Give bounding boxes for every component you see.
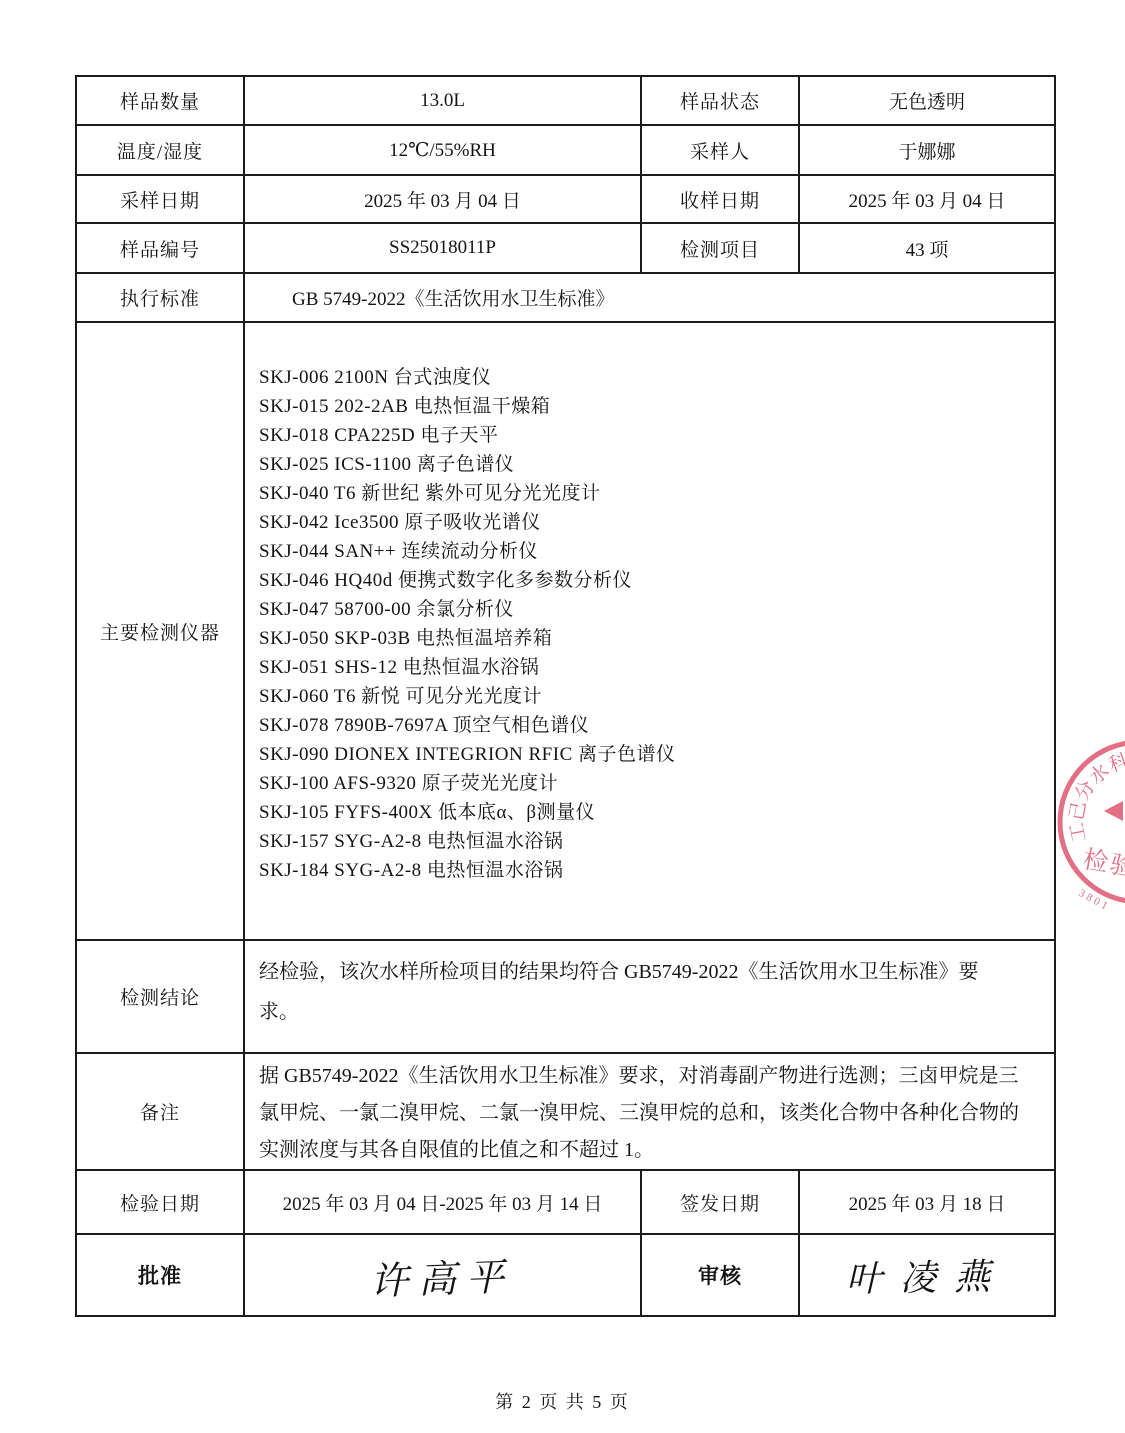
instrument-line: SKJ-157 SYG-A2-8 电热恒温水浴锅 [259,827,1044,856]
value-sampling-date: 2025 年 03 月 04 日 [244,175,641,223]
label-sample-state: 样品状态 [641,76,799,125]
instrument-line: SKJ-078 7890B-7697A 顶空气相色谱仪 [259,711,1044,740]
label-sampler: 采样人 [641,125,799,175]
instrument-line: SKJ-006 2100N 台式浊度仪 [259,363,1044,392]
value-issue-date: 2025 年 03 月 18 日 [799,1170,1055,1234]
label-issue-date: 签发日期 [641,1170,799,1234]
reviewer-signature-cell: 叶凌燕 [799,1234,1055,1316]
instrument-line: SKJ-090 DIONEX INTEGRION RFIC 离子色谱仪 [259,740,1044,769]
label-sampling-date: 采样日期 [76,175,244,223]
instrument-line: SKJ-015 202-2AB 电热恒温干燥箱 [259,392,1044,421]
value-sampler: 于娜娜 [799,125,1055,175]
value-sample-no: SS25018011P [244,223,641,273]
seal-serial: 3801 [1077,887,1113,914]
value-inspection-date: 2025 年 03 月 04 日-2025 年 03 月 14 日 [244,1170,641,1234]
label-inspection-date: 检验日期 [76,1170,244,1234]
value-temp-humidity: 12℃/55%RH [244,125,641,175]
label-temp-humidity: 温度/湿度 [76,125,244,175]
red-seal-stamp: 工 己 分 水 科 检验 3801 [1040,725,1125,920]
label-remark: 备注 [76,1053,244,1170]
label-conclusion: 检测结论 [76,940,244,1053]
value-receiving-date: 2025 年 03 月 04 日 [799,175,1055,223]
instrument-line: SKJ-046 HQ40d 便携式数字化多参数分析仪 [259,566,1044,595]
page-footer: 第 2 页 共 5 页 [0,1388,1125,1414]
approver-signature: 许高平 [370,1245,516,1305]
report-table: 样品数量 13.0L 样品状态 无色透明 温度/湿度 12℃/55%RH 采样人… [75,75,1056,1317]
value-sample-state: 无色透明 [799,76,1055,125]
reviewer-signature: 叶凌燕 [846,1248,1009,1302]
label-sample-no: 样品编号 [76,223,244,273]
label-approver: 批准 [76,1234,244,1316]
instrument-line: SKJ-047 58700-00 余氯分析仪 [259,595,1044,624]
instrument-line: SKJ-025 ICS-1100 离子色谱仪 [259,450,1044,479]
instrument-line: SKJ-042 Ice3500 原子吸收光谱仪 [259,508,1044,537]
seal-center-text: 检验 [1081,845,1125,882]
report-page: 样品数量 13.0L 样品状态 无色透明 温度/湿度 12℃/55%RH 采样人… [0,0,1125,1433]
instrument-line: SKJ-051 SHS-12 电热恒温水浴锅 [259,653,1044,682]
instrument-line: SKJ-105 FYFS-400X 低本底α、β测量仪 [259,798,1044,827]
value-remark: 据 GB5749-2022《生活饮用水卫生标准》要求，对消毒副产物进行选测；三卤… [244,1053,1055,1170]
label-test-items: 检测项目 [641,223,799,273]
approver-signature-cell: 许高平 [244,1234,641,1316]
value-test-items: 43 项 [799,223,1055,273]
seal-star-point [1104,801,1123,821]
instrument-line: SKJ-050 SKP-03B 电热恒温培养箱 [259,624,1044,653]
instrument-list: SKJ-006 2100N 台式浊度仪 SKJ-015 202-2AB 电热恒温… [244,322,1055,940]
instrument-line: SKJ-184 SYG-A2-8 电热恒温水浴锅 [259,856,1044,885]
value-standard: GB 5749-2022《生活饮用水卫生标准》 [244,273,1055,322]
instrument-line: SKJ-040 T6 新世纪 紫外可见分光光度计 [259,479,1044,508]
value-sample-quantity: 13.0L [244,76,641,125]
instrument-line: SKJ-018 CPA225D 电子天平 [259,421,1044,450]
label-reviewer: 审核 [641,1234,799,1316]
value-conclusion: 经检验，该次水样所检项目的结果均符合 GB5749-2022《生活饮用水卫生标准… [244,940,1055,1053]
label-instruments: 主要检测仪器 [76,322,244,940]
instrument-line: SKJ-100 AFS-9320 原子荧光光度计 [259,769,1044,798]
label-sample-quantity: 样品数量 [76,76,244,125]
label-standard: 执行标准 [76,273,244,322]
instrument-line: SKJ-044 SAN++ 连续流动分析仪 [259,537,1044,566]
seal-arc-char: 工 [1067,821,1091,843]
instrument-line: SKJ-060 T6 新悦 可见分光光度计 [259,682,1044,711]
label-receiving-date: 收样日期 [641,175,799,223]
